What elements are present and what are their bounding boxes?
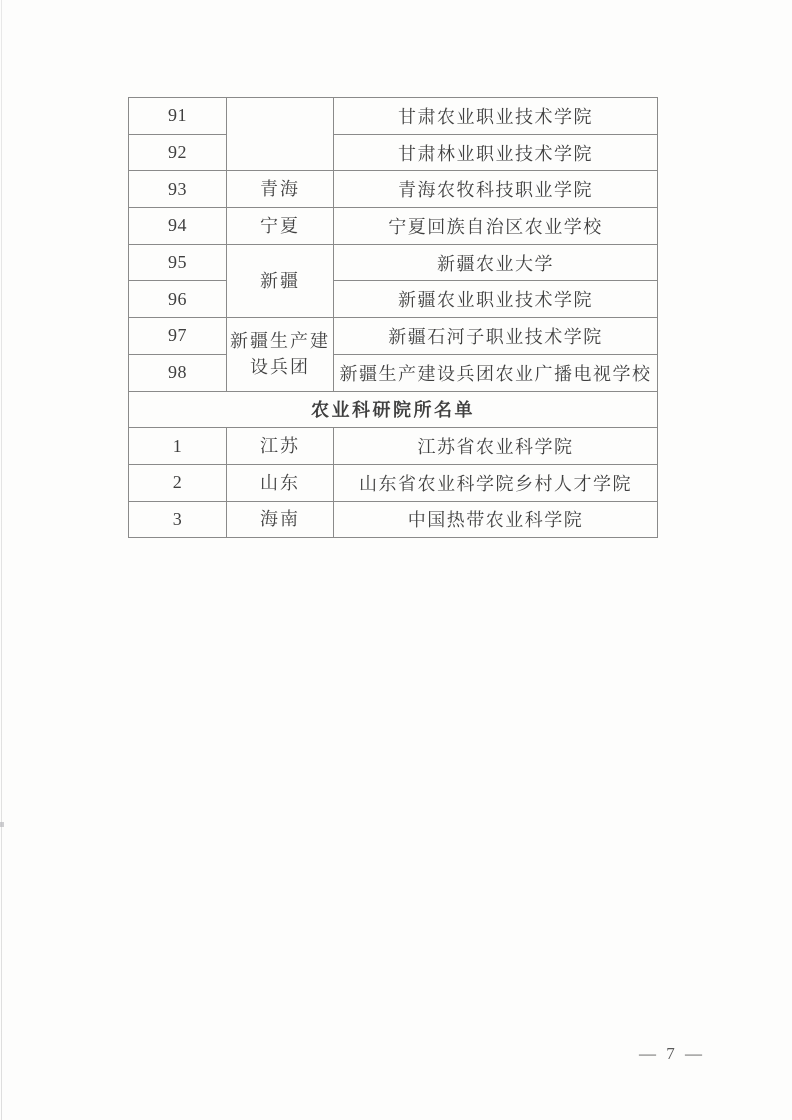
school-cell: 新疆农业大学 [334, 244, 658, 281]
row-number-cell: 1 [129, 428, 227, 465]
row-number-cell: 94 [129, 208, 227, 245]
province-cell-ningxia: 宁夏 [227, 208, 334, 245]
table-row-95: 95 新疆 新疆农业大学 [129, 244, 658, 281]
row-number-cell: 2 [129, 464, 227, 501]
province-cell-jiangsu: 江苏 [227, 428, 334, 465]
row-number-cell: 96 [129, 281, 227, 318]
table-row-3: 3 海南 中国热带农业科学院 [129, 501, 658, 538]
row-number-cell: 92 [129, 134, 227, 171]
section-title: 农业科研院所名单 [129, 391, 658, 428]
table-row-96: 96 新疆农业职业技术学院 [129, 281, 658, 318]
table-row-92: 92 甘肃林业职业技术学院 [129, 134, 658, 171]
row-number-cell: 98 [129, 354, 227, 391]
province-cell-hainan: 海南 [227, 501, 334, 538]
province-cell-shandong: 山东 [227, 464, 334, 501]
table-row-91: 91 甘肃农业职业技术学院 [129, 98, 658, 135]
agricultural-schools-table: 91 甘肃农业职业技术学院 92 甘肃林业职业技术学院 93 青海 青海农牧科技… [128, 97, 658, 538]
school-cell: 甘肃林业职业技术学院 [334, 134, 658, 171]
row-number-cell: 91 [129, 98, 227, 135]
table-row-2: 2 山东 山东省农业科学院乡村人才学院 [129, 464, 658, 501]
institute-cell: 山东省农业科学院乡村人才学院 [334, 464, 658, 501]
page-number: — 7 — [630, 1044, 714, 1064]
school-cell: 新疆石河子职业技术学院 [334, 318, 658, 355]
province-cell-qinghai: 青海 [227, 171, 334, 208]
province-cell-bingtuan: 新疆生产建设兵团 [227, 318, 334, 391]
province-cell-xinjiang: 新疆 [227, 244, 334, 317]
school-cell: 青海农牧科技职业学院 [334, 171, 658, 208]
table-row-97: 97 新疆生产建设兵团 新疆石河子职业技术学院 [129, 318, 658, 355]
institute-cell: 江苏省农业科学院 [334, 428, 658, 465]
school-cell: 甘肃农业职业技术学院 [334, 98, 658, 135]
school-cell: 新疆生产建设兵团农业广播电视学校 [334, 354, 658, 391]
table-row-98: 98 新疆生产建设兵团农业广播电视学校 [129, 354, 658, 391]
row-number-cell: 3 [129, 501, 227, 538]
institute-cell: 中国热带农业科学院 [334, 501, 658, 538]
row-number-cell: 93 [129, 171, 227, 208]
table-row-94: 94 宁夏 宁夏回族自治区农业学校 [129, 208, 658, 245]
province-cell-empty [227, 98, 334, 171]
school-cell: 新疆农业职业技术学院 [334, 281, 658, 318]
scan-speck [0, 822, 4, 827]
row-number-cell: 95 [129, 244, 227, 281]
school-cell: 宁夏回族自治区农业学校 [334, 208, 658, 245]
section-header-row: 农业科研院所名单 [129, 391, 658, 428]
scanned-document-page: 91 甘肃农业职业技术学院 92 甘肃林业职业技术学院 93 青海 青海农牧科技… [0, 0, 792, 1120]
row-number-cell: 97 [129, 318, 227, 355]
table-row-1: 1 江苏 江苏省农业科学院 [129, 428, 658, 465]
table-row-93: 93 青海 青海农牧科技职业学院 [129, 171, 658, 208]
scan-edge-line [1, 0, 2, 1120]
